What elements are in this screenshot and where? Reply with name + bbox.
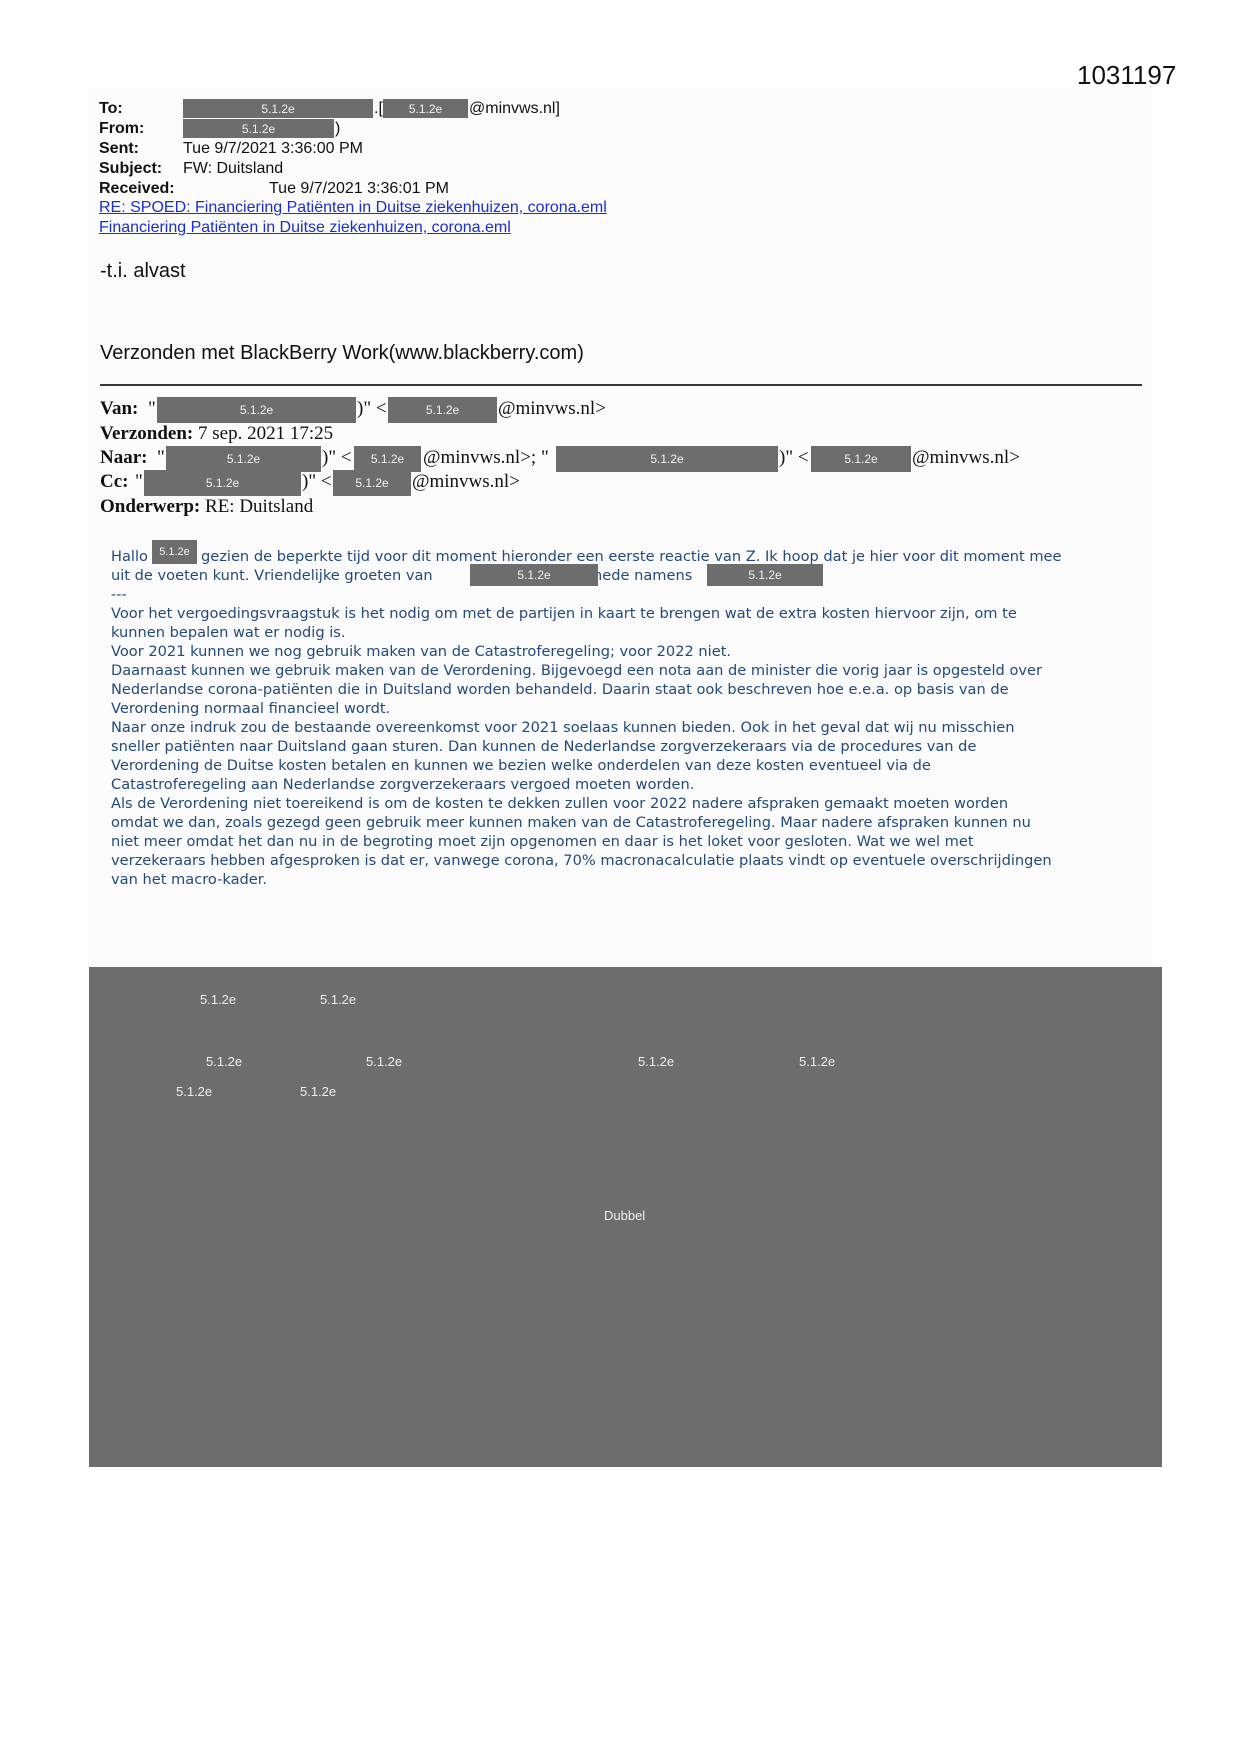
redaction-label: 5.1.2e: [366, 1054, 402, 1069]
body-line: kunnen bepalen wat er nodig is.: [111, 623, 346, 642]
body-line: mede namens: [588, 566, 692, 585]
onderwerp-value: RE: Duitsland: [205, 496, 313, 517]
verzonden-value: 7 sep. 2021 17:25: [198, 423, 333, 444]
redaction-label: 5.1.2e: [206, 1054, 242, 1069]
cc-label: Cc:: [100, 471, 128, 492]
body-line: van het macro-kader.: [111, 870, 267, 889]
redaction-box: 5.1.2e: [144, 470, 301, 496]
redaction-box: 5.1.2e: [707, 564, 823, 586]
quote: ": [157, 447, 165, 469]
divider: [100, 384, 1142, 386]
quote-close: )" <: [357, 398, 387, 420]
body-line: Catastroferegeling aan Nederlandse zorgv…: [111, 775, 694, 794]
body-line: Verordening normaal financieel wordt.: [111, 699, 390, 718]
body-line: Naar onze indruk zou de bestaande overee…: [111, 718, 1014, 737]
body-line: verzekeraars hebben afgesproken is dat e…: [111, 851, 1052, 870]
body-line: Daarnaast kunnen we gebruik maken van de…: [111, 661, 1042, 680]
redaction-box: 5.1.2e: [388, 397, 497, 423]
received-value: Tue 9/7/2021 3:36:01 PM: [269, 179, 449, 199]
received-row: Received: Tue 9/7/2021 3:36:01 PM: [99, 179, 699, 199]
from-row: From: 5.1.2e ): [99, 119, 699, 139]
body-line: gezien de beperkte tijd voor dit moment …: [201, 547, 1062, 566]
naar-label: Naar:: [100, 447, 147, 468]
quote: ": [135, 471, 143, 493]
redacted-block: 5.1.2e 5.1.2e 5.1.2e 5.1.2e 5.1.2e 5.1.2…: [89, 967, 1162, 1467]
cc-row: Cc: " 5.1.2e )" < 5.1.2e @minvws.nl>: [100, 471, 1140, 495]
redaction-box: 5.1.2e: [383, 99, 468, 118]
body-line: Hallo: [111, 547, 148, 566]
document-number: 1031197: [1077, 60, 1176, 91]
redaction-box: 5.1.2e: [157, 397, 356, 423]
body-line: Verordening de Duitse kosten betalen en …: [111, 756, 931, 775]
van-domain: @minvws.nl>: [498, 398, 606, 420]
body-line: sneller patiënten naar Duitsland gaan st…: [111, 737, 976, 756]
sent-label: Sent:: [99, 139, 139, 159]
redaction-label: 5.1.2e: [638, 1054, 674, 1069]
van-row: Van: " 5.1.2e )" < 5.1.2e @minvws.nl>: [100, 398, 1140, 422]
body-line: Nederlandse corona-patiënten die in Duit…: [111, 680, 1009, 699]
separator: ---: [111, 585, 127, 604]
signature: Verzonden met BlackBerry Work(www.blackb…: [100, 342, 584, 365]
quote-close: )" <: [322, 447, 352, 469]
verzonden-label: Verzonden:: [100, 423, 193, 444]
body-line: Voor het vergoedingsvraagstuk is het nod…: [111, 604, 1017, 623]
verzonden-row: Verzonden: 7 sep. 2021 17:25: [100, 423, 333, 445]
redaction-label: 5.1.2e: [176, 1084, 212, 1099]
to-label: To:: [99, 99, 123, 119]
redaction-box: 5.1.2e: [183, 99, 373, 118]
quote: ": [148, 398, 156, 420]
subject-value: FW: Duitsland: [183, 159, 283, 179]
quote-close: )" <: [779, 447, 809, 469]
to-domain: @minvws.nl]: [469, 99, 560, 119]
cc-domain: @minvws.nl>: [412, 471, 520, 493]
redaction-box: 5.1.2e: [166, 446, 321, 472]
onderwerp-label: Onderwerp:: [100, 496, 200, 517]
received-label: Received:: [99, 179, 175, 199]
redaction-box: 5.1.2e: [811, 446, 911, 472]
body-line: niet meer omdat het dan nu in de begroti…: [111, 832, 974, 851]
quote-close: )" <: [302, 471, 332, 493]
to-row: To: 5.1.2e .[ 5.1.2e @minvws.nl]: [99, 99, 699, 119]
redaction-box: 5.1.2e: [556, 446, 778, 472]
greeting: Hallo: [111, 548, 148, 565]
redaction-box: 5.1.2e: [470, 564, 598, 586]
dubbel-label: Dubbel: [604, 1208, 645, 1223]
redaction-box: 5.1.2e: [354, 446, 421, 472]
redaction-label: 5.1.2e: [799, 1054, 835, 1069]
naar-row: Naar: " 5.1.2e )" < 5.1.2e @minvws.nl>; …: [100, 447, 1140, 471]
sent-value: Tue 9/7/2021 3:36:00 PM: [183, 139, 363, 159]
from-label: From:: [99, 119, 144, 139]
from-suffix: ): [335, 119, 340, 139]
forward-note: -t.i. alvast: [100, 260, 186, 283]
naar-domain-1: @minvws.nl>; ": [423, 447, 549, 469]
redaction-box: 5.1.2e: [183, 119, 334, 138]
redaction-label: 5.1.2e: [300, 1084, 336, 1099]
body-line: Voor 2021 kunnen we nog gebruik maken va…: [111, 642, 731, 661]
van-label: Van:: [100, 398, 138, 419]
redaction-box: 5.1.2e: [152, 540, 197, 564]
subject-row: Subject: FW: Duitsland: [99, 159, 699, 179]
attachment-link[interactable]: RE: SPOED: Financiering Patiënten in Dui…: [99, 199, 607, 217]
subject-label: Subject:: [99, 159, 162, 179]
sent-row: Sent: Tue 9/7/2021 3:36:00 PM: [99, 139, 699, 159]
body-line: uit de voeten kunt. Vriendelijke groeten…: [111, 566, 433, 585]
body-line: omdat we dan, zoals gezegd geen gebruik …: [111, 813, 1031, 832]
redaction-box: 5.1.2e: [333, 470, 411, 496]
attachment-link[interactable]: Financiering Patiënten in Duitse ziekenh…: [99, 219, 511, 237]
body-line: Als de Verordening niet toereikend is om…: [111, 794, 1008, 813]
redaction-label: 5.1.2e: [200, 992, 236, 1007]
naar-domain-2: @minvws.nl>: [912, 447, 1020, 469]
to-separator: .[: [374, 99, 383, 119]
onderwerp-row: Onderwerp: RE: Duitsland: [100, 496, 313, 518]
redaction-label: 5.1.2e: [320, 992, 356, 1007]
